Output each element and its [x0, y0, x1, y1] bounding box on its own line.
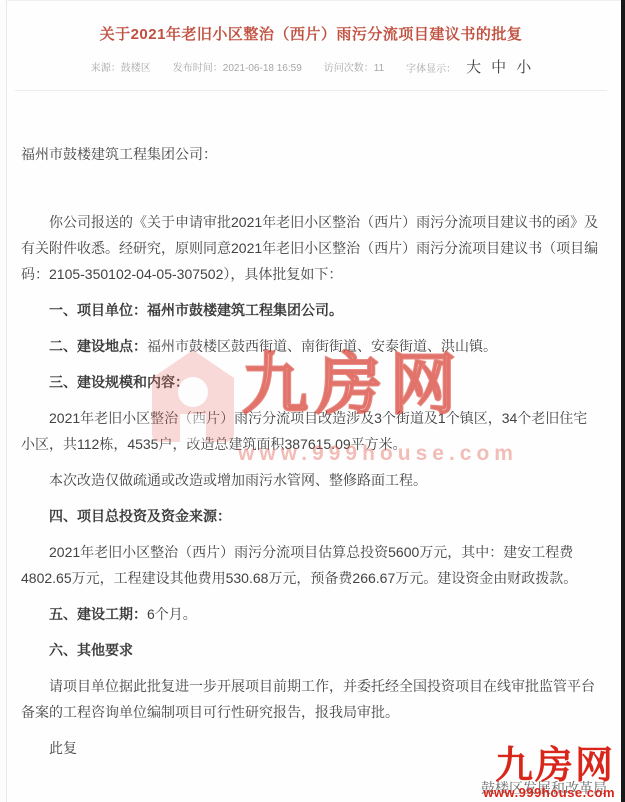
- paragraph-intro: 你公司报送的《关于申请审批2021年老旧小区整治（西片）雨污分流项目建议书的函》…: [21, 209, 601, 287]
- paragraph-text: 请项目单位据此批复进一步开展项目前期工作，并委托经全国投资项目在线审批监管平台备…: [21, 678, 595, 720]
- section-1-project-unit: 一、项目单位：福州市鼓楼建筑工程集团公司。: [21, 297, 601, 323]
- meta-publish-value: 2021-06-18 16:59: [223, 63, 302, 74]
- section-3-scale-detail: 2021年老旧小区整治（西片）雨污分流项目改造涉及3个街道及1个镇区，34个老旧…: [21, 405, 601, 457]
- font-size-small-button[interactable]: 小: [516, 56, 531, 77]
- section-label: 五、建设工期：: [49, 606, 147, 622]
- paragraph-text: 你公司报送的《关于申请审批2021年老旧小区整治（西片）雨污分流项目建议书的函》…: [21, 214, 598, 282]
- page-title: 关于2021年老旧小区整治（西片）雨污分流项目建议书的批复: [15, 23, 607, 44]
- section-4-investment-heading: 四、项目总投资及资金来源：: [21, 503, 601, 529]
- section-label: 二、建设地点：: [49, 338, 147, 354]
- section-6-other-detail: 请项目单位据此批复进一步开展项目前期工作，并委托经全国投资项目在线审批监管平台备…: [21, 673, 601, 725]
- section-label: 四、项目总投资及资金来源：: [49, 508, 231, 524]
- section-label: 三、建设规模和内容：: [49, 374, 189, 390]
- font-size-label: 字体显示：: [406, 60, 456, 75]
- document-page: 关于2021年老旧小区整治（西片）雨污分流项目建议书的批复 来源：鼓楼区 发布时…: [0, 0, 625, 802]
- article-container: 关于2021年老旧小区整治（西片）雨污分流项目建议书的批复 来源：鼓楼区 发布时…: [6, 0, 621, 802]
- meta-publish-label: 发布时间：: [173, 63, 223, 74]
- section-text: 6个月。: [147, 606, 197, 622]
- meta-visits-value: 11: [374, 63, 384, 74]
- meta-source: 来源：鼓楼区: [91, 59, 151, 74]
- meta-source-value: 鼓楼区: [121, 63, 151, 74]
- paragraph-text: 2021年老旧小区整治（西片）雨污分流项目估算总投资5600万元，其中：建安工程…: [21, 544, 577, 586]
- closing-line: 此复: [21, 735, 601, 761]
- meta-publish-time: 发布时间：2021-06-18 16:59: [173, 59, 302, 74]
- section-6-other-heading: 六、其他要求: [21, 637, 601, 663]
- section-3-scale-heading: 三、建设规模和内容：: [21, 369, 601, 395]
- section-4-investment-detail: 2021年老旧小区整治（西片）雨污分流项目估算总投资5600万元，其中：建安工程…: [21, 539, 601, 591]
- recipient-line: 福州市鼓楼建筑工程集团公司：: [21, 141, 601, 167]
- section-3-scope-note: 本次改造仅做疏通或改造或增加雨污水管网、整修路面工程。: [21, 467, 601, 493]
- meta-visits: 访问次数：11: [324, 59, 384, 74]
- meta-source-label: 来源：: [91, 63, 121, 74]
- document-body: 福州市鼓楼建筑工程集团公司： 你公司报送的《关于申请审批2021年老旧小区整治（…: [15, 91, 607, 761]
- font-size-medium-button[interactable]: 中: [491, 56, 506, 77]
- section-label: 六、其他要求: [49, 642, 133, 658]
- section-5-duration: 五、建设工期：6个月。: [21, 601, 601, 627]
- section-label: 一、项目单位：: [49, 302, 147, 318]
- issuer-signature: 鼓楼区发展和改革局: [481, 778, 607, 798]
- paragraph-text: 2021年老旧小区整治（西片）雨污分流项目改造涉及3个街道及1个镇区，34个老旧…: [21, 410, 587, 452]
- paragraph-text: 此复: [49, 740, 77, 756]
- section-2-location: 二、建设地点：福州市鼓楼区鼓西街道、南街街道、安泰街道、洪山镇。: [21, 333, 601, 359]
- article-meta: 来源：鼓楼区 发布时间：2021-06-18 16:59 访问次数：11 字体显…: [15, 56, 607, 77]
- paragraph-text: 本次改造仅做疏通或改造或增加雨污水管网、整修路面工程。: [49, 472, 427, 488]
- font-size-large-button[interactable]: 大: [466, 56, 481, 77]
- meta-visits-label: 访问次数：: [324, 63, 374, 74]
- section-text: 福州市鼓楼区鼓西街道、南街街道、安泰街道、洪山镇。: [147, 338, 497, 354]
- section-text: 福州市鼓楼建筑工程集团公司。: [147, 302, 343, 318]
- font-size-switcher: 字体显示： 大 中 小: [406, 56, 531, 77]
